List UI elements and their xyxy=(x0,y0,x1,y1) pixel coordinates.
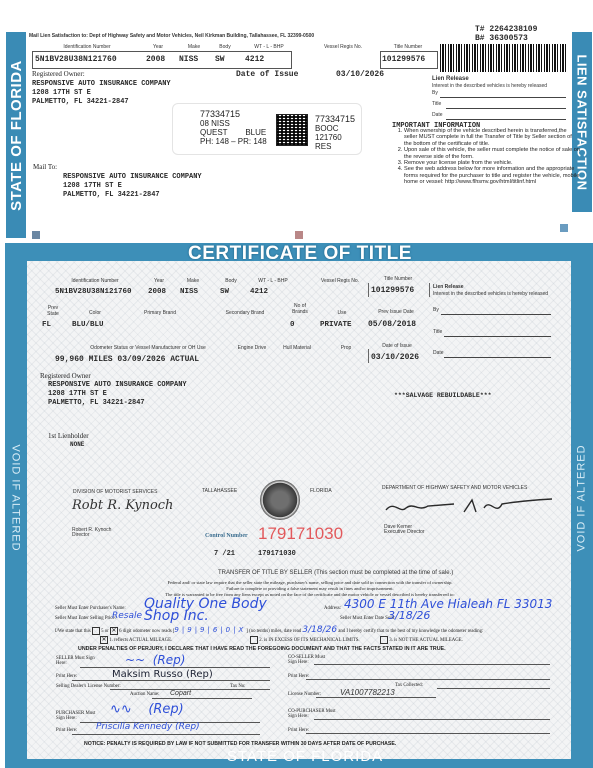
stub-label-wt: WT - L - BHP xyxy=(244,44,294,50)
cert-title-field[interactable] xyxy=(444,329,551,337)
cert-label-wt: WT - L - BHP xyxy=(248,278,298,284)
purchaser-sign-label: PURCHASER Must Sign Here: xyxy=(56,711,96,721)
cert-make: NISS xyxy=(180,288,198,296)
stub-date-of-issue-label: Date of Issue xyxy=(236,70,298,79)
cert-label-prev-state: Prev State xyxy=(44,305,62,317)
registration-mark-square xyxy=(295,231,303,239)
date-read-field[interactable]: 3/18/26 xyxy=(302,625,337,635)
stub-lien-release-title: Lien Release xyxy=(432,76,469,82)
cert-label-body: Body xyxy=(218,278,244,284)
date-sold-field[interactable]: 3/18/26 xyxy=(388,609,430,622)
purchaser-print-field[interactable]: Priscilla Kennedy (Rep) xyxy=(96,722,200,732)
stub-date-of-issue: 03/10/2026 xyxy=(336,70,384,79)
stub-label-vessel: Vessel Regis No. xyxy=(308,44,378,50)
address-field[interactable]: 4300 E 11th Ave Hialeah FL 33013 xyxy=(344,597,564,611)
cert-lien-release-text: Interest in the described vehicles is he… xyxy=(433,291,548,297)
stub-mail-to-address: RESPONSIVE AUTO INSURANCE COMPANY1208 17… xyxy=(63,173,202,200)
stub-label-vin: Identification Number xyxy=(32,44,142,50)
tracking-b-number: B# 36300573 xyxy=(475,34,528,43)
seller-sign-label: SELLER Must Sign Here: xyxy=(56,656,96,666)
state-seal-icon xyxy=(260,480,300,520)
coseller-print-line[interactable] xyxy=(306,679,550,680)
auction-name-label: Auction Name: xyxy=(130,692,159,697)
stub-side-banner-left: STATE OF FLORIDA xyxy=(6,32,26,238)
odometer-statement: I/We state that this 5 or ✕ 6 digit odom… xyxy=(55,625,483,635)
stub-body: SW xyxy=(215,55,225,64)
cert-title-label: Title xyxy=(433,329,442,335)
odometer-option-2[interactable]: 2. is IN EXCESS OF ITS MECHANICAL LIMITS… xyxy=(250,636,360,644)
cert-by-label: By xyxy=(433,307,439,313)
stub-make: NISS xyxy=(179,55,198,64)
seller-signature-field[interactable]: ~~ (Rep) xyxy=(125,653,185,667)
purchaser-print-line xyxy=(72,734,260,735)
stub-vin: 5N1BV28U38N121760 xyxy=(35,55,117,64)
cert-prev-issue-date: 05/08/2018 xyxy=(368,320,416,329)
control-sub-right: 179171030 xyxy=(258,550,296,558)
cert-owner-address: RESPONSIVE AUTO INSURANCE COMPANY1208 17… xyxy=(48,381,187,408)
registration-mark-square xyxy=(560,224,568,232)
stub-date-label: Date xyxy=(432,112,443,118)
director-signature: Robt R. Kynoch xyxy=(72,498,173,513)
odometer-option-1[interactable]: ✕ 1. reflects ACTUAL MILEAGE. xyxy=(100,636,172,644)
tax-collected-line[interactable] xyxy=(437,688,550,689)
stub-owner-address: RESPONSIVE AUTO INSURANCE COMPANY1208 17… xyxy=(32,80,171,107)
cert-label-odometer: Odometer Status or Vessel Manufacturer o… xyxy=(68,345,228,351)
cert-label-vin: Identification Number xyxy=(55,278,135,284)
cert-wt: 4212 xyxy=(250,288,268,296)
purchaser-signature-field[interactable]: ∿∿ (Rep) xyxy=(110,702,184,717)
stub-title-label: Title xyxy=(432,101,441,107)
barcode-icon xyxy=(440,44,566,72)
selling-price-label: Seller Must Enter Selling Price: xyxy=(55,616,116,621)
address-label: Address: xyxy=(324,606,341,611)
stub-label-title-no: Title Number xyxy=(380,44,436,50)
cert-label-hull: Hull Material xyxy=(280,345,314,351)
stub-label-year: Year xyxy=(144,44,172,50)
selling-price-field[interactable]: Resale xyxy=(112,611,142,621)
qr-code-icon xyxy=(276,114,308,146)
cert-label-make: Make xyxy=(178,278,208,284)
stub-registered-owner-label: Registered Owner: xyxy=(32,70,85,78)
executive-signature xyxy=(384,494,554,518)
tracking-t-number: T# 2264238109 xyxy=(475,25,537,34)
cert-title-no: 101299576 xyxy=(371,286,414,295)
cert-label-year: Year xyxy=(146,278,172,284)
stub-year: 2008 xyxy=(146,55,165,64)
sticker-left-text: 77334715 08 NISS QUEST BLUE PH: 148 – PR… xyxy=(200,110,267,146)
void-banner-right: VOID IF ALTERED xyxy=(573,413,591,583)
cert-body: SW xyxy=(220,288,229,296)
registration-mark-square xyxy=(32,231,40,239)
transfer-federal-line1: Federal and/ or state law require that t… xyxy=(140,580,480,585)
cert-use: PRIVATE xyxy=(320,321,352,329)
stub-title-no: 101299576 xyxy=(382,55,425,64)
stub-label-make: Make xyxy=(176,44,212,50)
not-actual-mileage-checkbox[interactable] xyxy=(380,636,388,644)
lienholder-label: 1st Lienholder xyxy=(48,432,89,440)
cert-odometer: 99,960 MILES 03/09/2026 ACTUAL xyxy=(55,355,199,364)
division-name: DIVISION OF MOTORIST SERVICES xyxy=(73,489,157,495)
perjury-statement: UNDER PENALTIES OF PERJURY, I DECLARE TH… xyxy=(78,646,446,652)
copurchaser-sign-label: CO-PURCHASER Must Sign Here: xyxy=(288,709,338,719)
stub-title-field[interactable] xyxy=(446,101,566,109)
auction-name-field[interactable]: Copart xyxy=(170,690,191,697)
odometer-reading-field[interactable]: 9|9|9|6|0|X xyxy=(174,626,246,634)
copurchaser-print-line[interactable] xyxy=(306,733,550,734)
stub-mail-to-label: Mail To: xyxy=(33,163,57,171)
brand-note: ***SALVAGE REBUILDABLE*** xyxy=(394,392,492,399)
cert-color: BLU/BLU xyxy=(72,321,104,329)
department-name: DEPARTMENT OF HIGHWAY SAFETY AND MOTOR V… xyxy=(382,485,527,491)
cert-by-field[interactable] xyxy=(441,307,551,315)
cert-label-use: Use xyxy=(330,310,354,316)
license-number-line xyxy=(316,697,436,698)
five-digit-checkbox[interactable] xyxy=(92,627,100,635)
seller-sign-line xyxy=(80,667,270,668)
state-name: FLORIDA xyxy=(310,488,332,494)
tax-collected-label: Tax Collected: xyxy=(395,683,423,688)
cert-label-secondary-brand: Secondary Brand xyxy=(210,310,280,316)
cert-date-label: Date xyxy=(433,350,444,356)
seller-print-label: Print Here: xyxy=(56,674,77,679)
executive-name: Dave KernerExecutive Director xyxy=(384,525,425,535)
transfer-header: TRANSFER OF TITLE BY SELLER (This sectio… xyxy=(218,570,453,576)
stub-date-field[interactable] xyxy=(446,112,566,120)
control-number: 179171030 xyxy=(258,524,343,544)
transfer-federal-line2: Failure to complete or providing a false… xyxy=(140,586,480,591)
cert-year: 2008 xyxy=(148,288,166,296)
cert-label-prev-issue: Prev Issue Date xyxy=(366,309,426,315)
cert-label-no-brands: No of Brands xyxy=(286,303,314,315)
stub-lien-release-text: Interest in the described vehicles is he… xyxy=(432,83,547,89)
cert-label-primary-brand: Primary Brand xyxy=(130,310,190,316)
control-number-label: Control Number xyxy=(205,533,248,539)
cert-date-field[interactable] xyxy=(444,350,551,358)
cert-vin: 5N1BV28U38N121760 xyxy=(55,288,132,296)
penalty-notice: NOTICE: PENALTY IS REQUIRED BY LAW IF NO… xyxy=(84,741,396,747)
actual-mileage-checkbox[interactable]: ✕ xyxy=(100,636,108,644)
lienholder-value: NONE xyxy=(70,441,84,448)
seller-print-field[interactable]: Maksim Russo (Rep) xyxy=(112,669,213,680)
important-info-list: When ownership of the vehicle described … xyxy=(392,128,580,186)
seller-print-line xyxy=(72,680,270,681)
sticker-right-text: 77334715 BOOC 121760 RES xyxy=(315,115,355,151)
stub-by-label: By xyxy=(432,90,438,96)
certificate-title: CERTIFICATE OF TITLE xyxy=(175,243,425,265)
cert-label-color: Color xyxy=(80,310,110,316)
auction-name-line xyxy=(152,698,252,699)
cert-label-vessel: Vessel Regis No. xyxy=(310,278,370,284)
city-name: TALLAHASSEE xyxy=(202,488,237,494)
stub-mail-header: Mail Lien Satisfaction to: Dept of Highw… xyxy=(29,33,449,39)
six-digit-checkbox[interactable]: ✕ xyxy=(110,627,118,635)
void-banner-left: VOID IF ALTERED xyxy=(7,413,25,583)
cert-label-engine: Engine Drive xyxy=(232,345,272,351)
copurchaser-sign-line[interactable] xyxy=(314,719,550,720)
cert-date-issue: 03/10/2026 xyxy=(371,353,419,362)
certificate-bottom-title: STATE OF FLORIDA xyxy=(205,748,405,768)
tax-no-label: Tax No: xyxy=(230,684,246,689)
cert-label-title-no: Title Number xyxy=(370,276,426,282)
license-number-field[interactable]: VA1007782213 xyxy=(340,688,395,697)
director-name: Robert R. KynochDirector xyxy=(72,528,111,538)
cert-lien-release-title: Lien Release xyxy=(433,284,464,290)
stub-label-body: Body xyxy=(212,44,238,50)
control-sub-left: 7 /21 xyxy=(214,550,235,558)
cert-registered-owner-label: Registered Owner xyxy=(40,372,91,380)
stub-wt: 4212 xyxy=(245,55,264,64)
coseller-sign-line[interactable] xyxy=(314,664,550,665)
cert-prev-state: FL xyxy=(42,321,51,329)
purchaser-name-field[interactable]: Quality One Body Shop Inc. xyxy=(144,598,284,622)
stub-by-field[interactable] xyxy=(440,90,566,98)
cert-label-prop: Prop xyxy=(336,345,356,351)
cert-no-brands: 0 xyxy=(290,321,295,329)
excess-mileage-checkbox[interactable] xyxy=(250,636,258,644)
purchaser-print-label: Print Here: xyxy=(56,728,77,733)
odometer-option-3[interactable]: 3. is NOT THE ACTUAL MILEAGE. xyxy=(380,636,463,644)
